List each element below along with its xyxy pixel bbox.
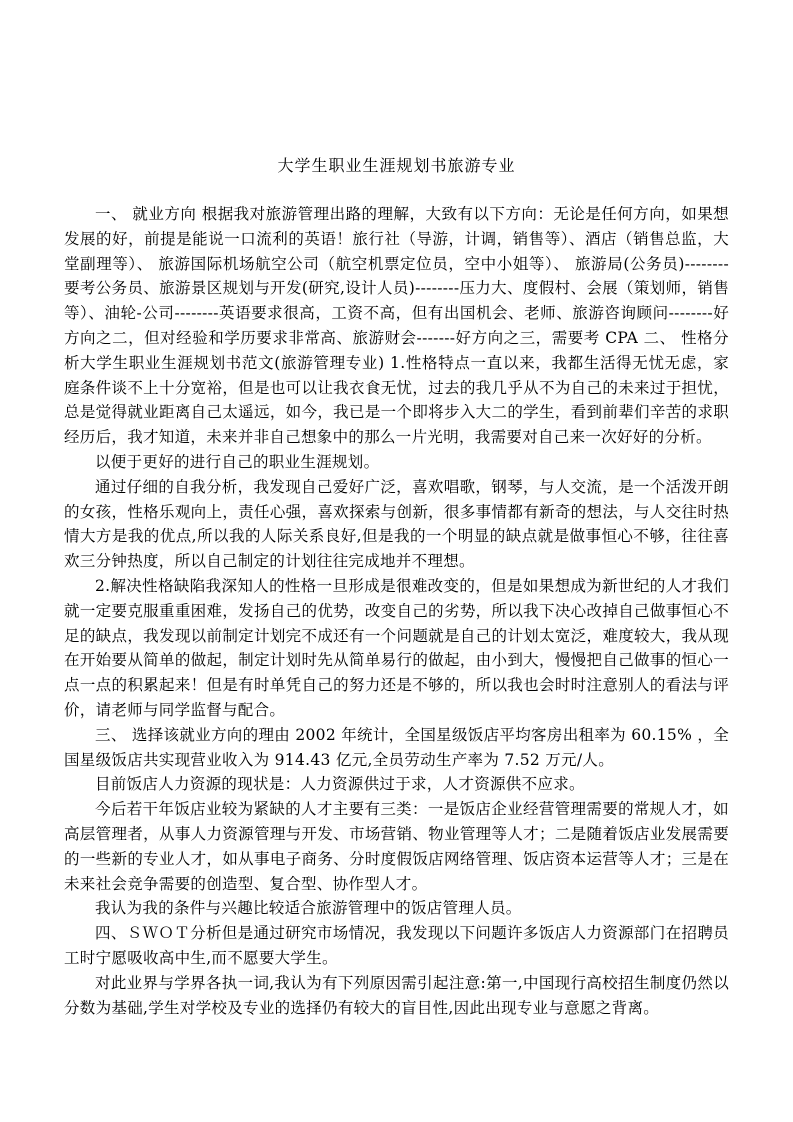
document-body: 一、 就业方向 根据我对旅游管理出路的理解，大致有以下方向：无论是任何方向，如果… (64, 202, 729, 1020)
paragraph-swot-analysis: 四、ＳＷＯＴ分析但是通过研究市场情况，我发现以下问题许多饭店人力资源部门在招聘员… (64, 921, 729, 971)
paragraph-self-analysis: 通过仔细的自我分析，我发现自己爱好广泛，喜欢唱歌，钢琴，与人交流，是一个活泼开朗… (64, 475, 729, 574)
document-content: 大学生职业生涯规划书旅游专业 一、 就业方向 根据我对旅游管理出路的理解，大致有… (64, 153, 729, 1020)
paragraph-reason-statistics: 三、 选择该就业方向的理由 2002 年统计，全国星级饭店平均客房出租率为 60… (64, 723, 729, 773)
paragraph-industry-opinions: 对此业界与学界各执一词,我认为有下列原因需引起注意:第一,中国现行高校招生制度仍… (64, 971, 729, 1021)
document-page: 大学生职业生涯规划书旅游专业 一、 就业方向 根据我对旅游管理出路的理解，大致有… (0, 0, 793, 1122)
document-title: 大学生职业生涯规划书旅游专业 (64, 153, 729, 179)
paragraph-personality-fix: 2.解决性格缺陷我深知人的性格一旦形成是很难改变的，但是如果想成为新世纪的人才我… (64, 574, 729, 723)
paragraph-employment-direction: 一、 就业方向 根据我对旅游管理出路的理解，大致有以下方向：无论是任何方向，如果… (64, 202, 729, 450)
paragraph-hr-status: 目前饭店人力资源的现状是：人力资源供过于求，人才资源供不应求。 (64, 772, 729, 797)
paragraph-career-planning-intro: 以便于更好的进行自己的职业生涯规划。 (64, 450, 729, 475)
paragraph-talent-types: 今后若干年饭店业较为紧缺的人才主要有三类：一是饭店企业经营管理需要的常规人才，如… (64, 797, 729, 896)
paragraph-self-fit: 我认为我的条件与兴趣比较适合旅游管理中的饭店管理人员。 (64, 896, 729, 921)
